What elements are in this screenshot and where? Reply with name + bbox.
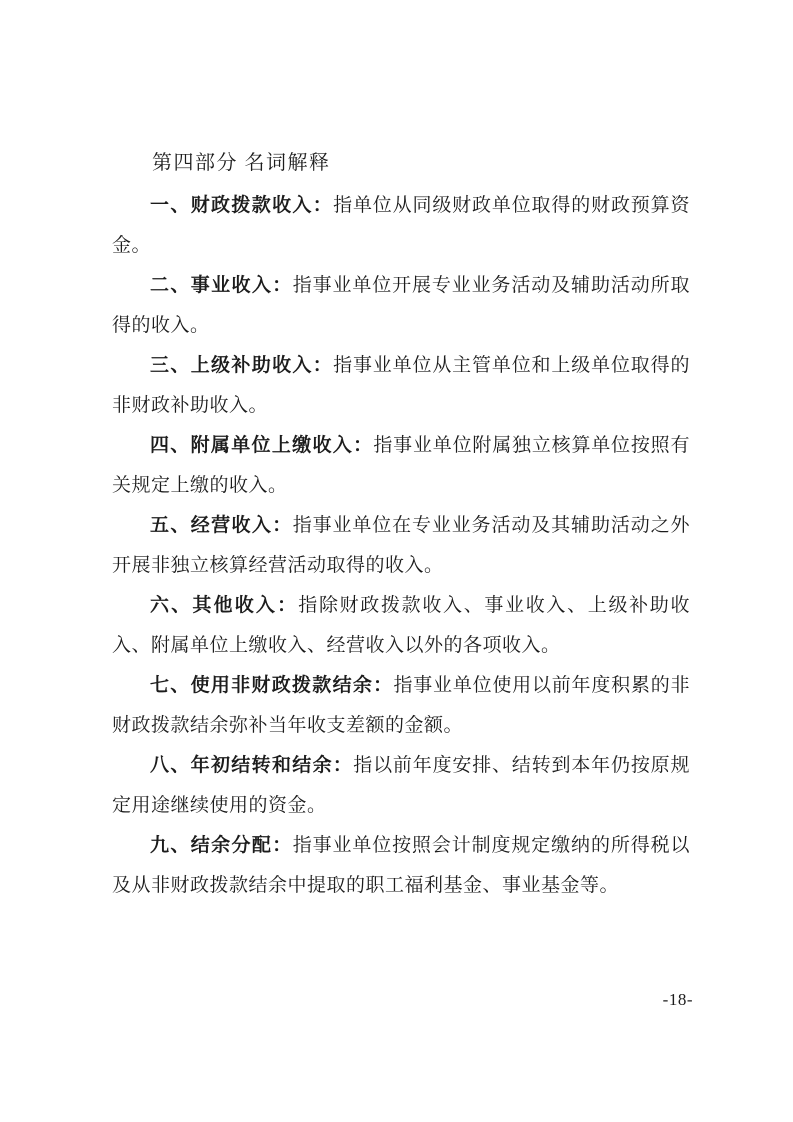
glossary-entry-7: 七、使用非财政拨款结余：指事业单位使用以前年度积累的非财政拨款结余弥补当年收支差… [112, 666, 690, 746]
glossary-entry-1: 一、财政拨款收入：指单位从同级财政单位取得的财政预算资金。 [112, 186, 690, 266]
glossary-entry-9: 九、结余分配：指事业单位按照会计制度规定缴纳的所得税以及从非财政拨款结余中提取的… [112, 826, 690, 906]
document-content: 第四部分 名词解释 一、财政拨款收入：指单位从同级财政单位取得的财政预算资金。 … [112, 143, 690, 906]
glossary-term: 三、上级补助收入： [150, 355, 333, 376]
glossary-entry-4: 四、附属单位上缴收入：指事业单位附属独立核算单位按照有关规定上缴的收入。 [112, 426, 690, 506]
glossary-entry-8: 八、年初结转和结余：指以前年度安排、结转到本年仍按原规定用途继续使用的资金。 [112, 746, 690, 826]
section-title: 第四部分 名词解释 [112, 143, 690, 183]
glossary-term: 五、经营收入： [150, 515, 293, 536]
glossary-entry-6: 六、其他收入：指除财政拨款收入、事业收入、上级补助收入、附属单位上缴收入、经营收… [112, 586, 690, 666]
glossary-term: 二、事业收入： [150, 275, 293, 296]
glossary-term: 七、使用非财政拨款结余： [150, 675, 393, 696]
glossary-term: 八、年初结转和结余： [150, 755, 353, 776]
glossary-entry-3: 三、上级补助收入：指事业单位从主管单位和上级单位取得的非财政补助收入。 [112, 346, 690, 426]
glossary-entry-5: 五、经营收入：指事业单位在专业业务活动及其辅助活动之外开展非独立核算经营活动取得… [112, 506, 690, 586]
glossary-list: 一、财政拨款收入：指单位从同级财政单位取得的财政预算资金。 二、事业收入：指事业… [112, 186, 690, 906]
page-number: -18- [663, 990, 693, 1010]
glossary-term: 六、其他收入： [150, 595, 298, 616]
glossary-term: 一、财政拨款收入： [150, 195, 333, 216]
glossary-entry-2: 二、事业收入：指事业单位开展专业业务活动及辅助活动所取得的收入。 [112, 266, 690, 346]
glossary-term: 九、结余分配： [150, 835, 293, 856]
glossary-term: 四、附属单位上缴收入： [150, 435, 373, 456]
document-page: 第四部分 名词解释 一、财政拨款收入：指单位从同级财政单位取得的财政预算资金。 … [0, 0, 793, 1122]
